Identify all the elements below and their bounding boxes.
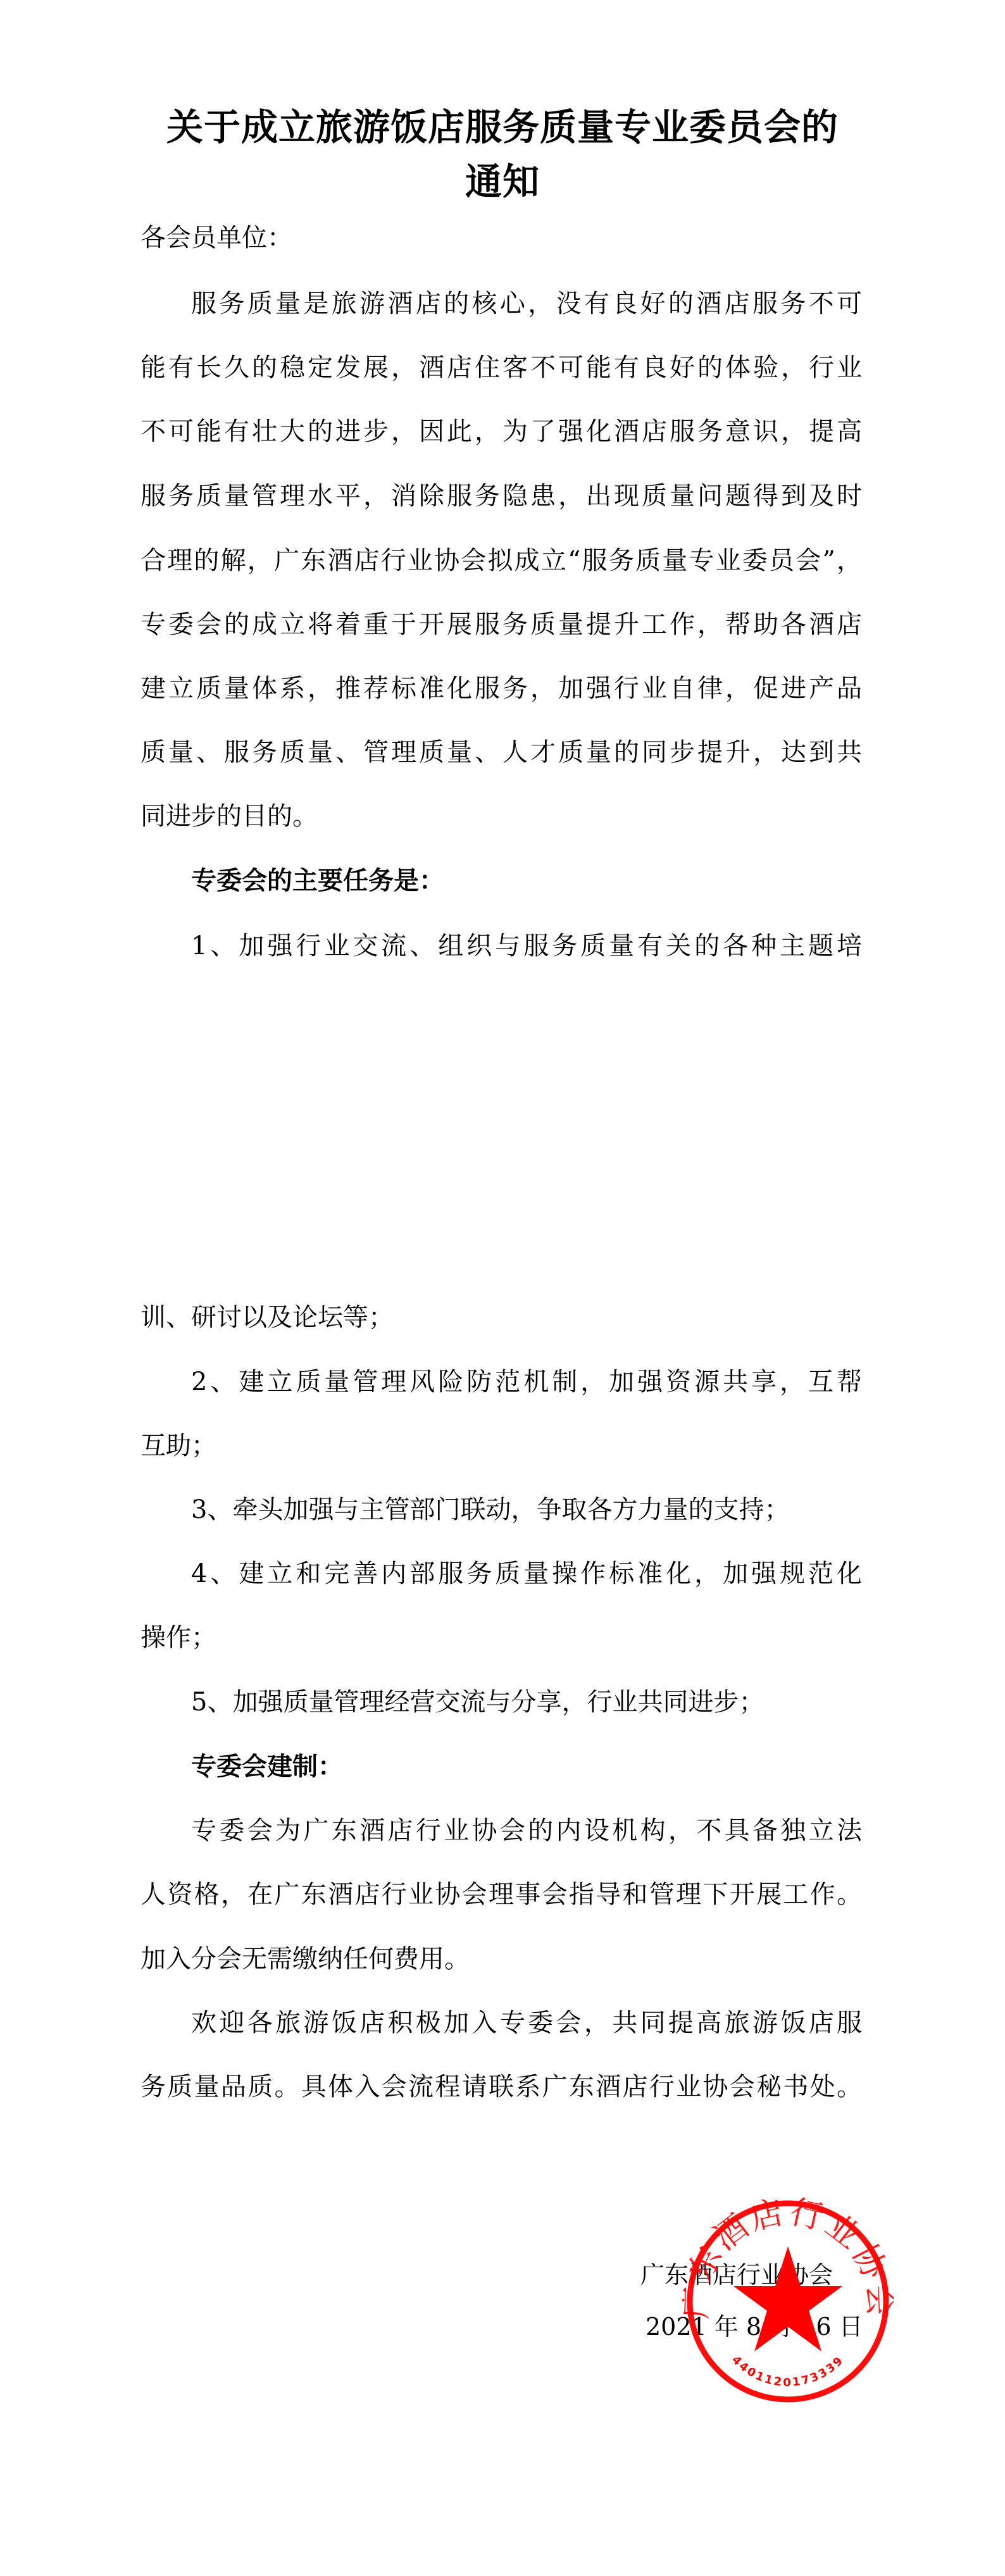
task-item-3-line: 3、牵头加强与主管部门联动，争取各方力量的支持；	[191, 1495, 862, 1525]
paragraph-line: 质量、服务质量、管理质量、人才质量的同步提升，达到共	[140, 737, 862, 768]
task-item-4-line: 操作；	[140, 1622, 862, 1653]
document-title-line2: 通知	[0, 163, 1005, 200]
task-item-5-line: 5、加强质量管理经营交流与分享，行业共同进步；	[191, 1687, 862, 1717]
paragraph-line: 务质量品质。具体入会流程请联系广东酒店行业协会秘书处。	[140, 2072, 862, 2102]
svg-text:4401120173339: 4401120173339	[729, 2353, 847, 2389]
task-item-1-line: 训、研讨以及论坛等；	[140, 1302, 862, 1333]
task-item-1-line: 1、加强行业交流、组织与服务质量有关的各种主题培	[191, 931, 862, 961]
structure-heading: 专委会建制：	[191, 1752, 862, 1782]
paragraph-line: 不可能有壮大的进步，因此，为了强化酒店服务意识，提高	[140, 416, 862, 447]
paragraph-line: 合理的解，广东酒店行业协会拟成立“服务质量专业委员会”，	[140, 545, 862, 576]
tasks-heading: 专委会的主要任务是：	[191, 866, 862, 896]
star-icon	[733, 2246, 842, 2351]
seal-icon: 广东酒店行业协会 4401120173339	[682, 2196, 894, 2407]
paragraph-line: 欢迎各旅游饭店积极加入专委会，共同提高旅游饭店服	[191, 2008, 862, 2038]
paragraph-line: 加入分会无需缴纳任何费用。	[140, 1944, 862, 1974]
paragraph-line: 建立质量体系，推荐标准化服务，加强行业自律，促进产品	[140, 673, 862, 704]
salutation: 各会员单位：	[140, 223, 862, 253]
document-title-line1: 关于成立旅游饭店服务质量专业委员会的	[0, 109, 1005, 146]
paragraph-line: 专委会的成立将着重于开展服务质量提升工作，帮助各酒店	[140, 609, 862, 640]
task-item-2-line: 互助；	[140, 1431, 862, 1461]
official-seal: 广东酒店行业协会 4401120173339	[682, 2196, 894, 2407]
task-item-2-line: 2、建立质量管理风险防范机制，加强资源共享，互帮	[191, 1367, 862, 1397]
task-item-4-line: 4、建立和完善内部服务质量操作标准化，加强规范化	[191, 1559, 862, 1589]
paragraph-line: 人资格，在广东酒店行业协会理事会指导和管理下开展工作。	[140, 1879, 862, 1910]
paragraph-line: 服务质量管理水平，消除服务隐患，出现质量问题得到及时	[140, 481, 862, 511]
paragraph-line: 专委会为广东酒店行业协会的内设机构，不具备独立法	[191, 1815, 862, 1846]
paragraph-line: 服务质量是旅游酒店的核心，没有良好的酒店服务不可	[191, 289, 862, 319]
paragraph-line: 同进步的目的。	[140, 801, 862, 831]
paragraph-line: 能有长久的稳定发展，酒店住客不可能有良好的体验，行业	[140, 352, 862, 383]
